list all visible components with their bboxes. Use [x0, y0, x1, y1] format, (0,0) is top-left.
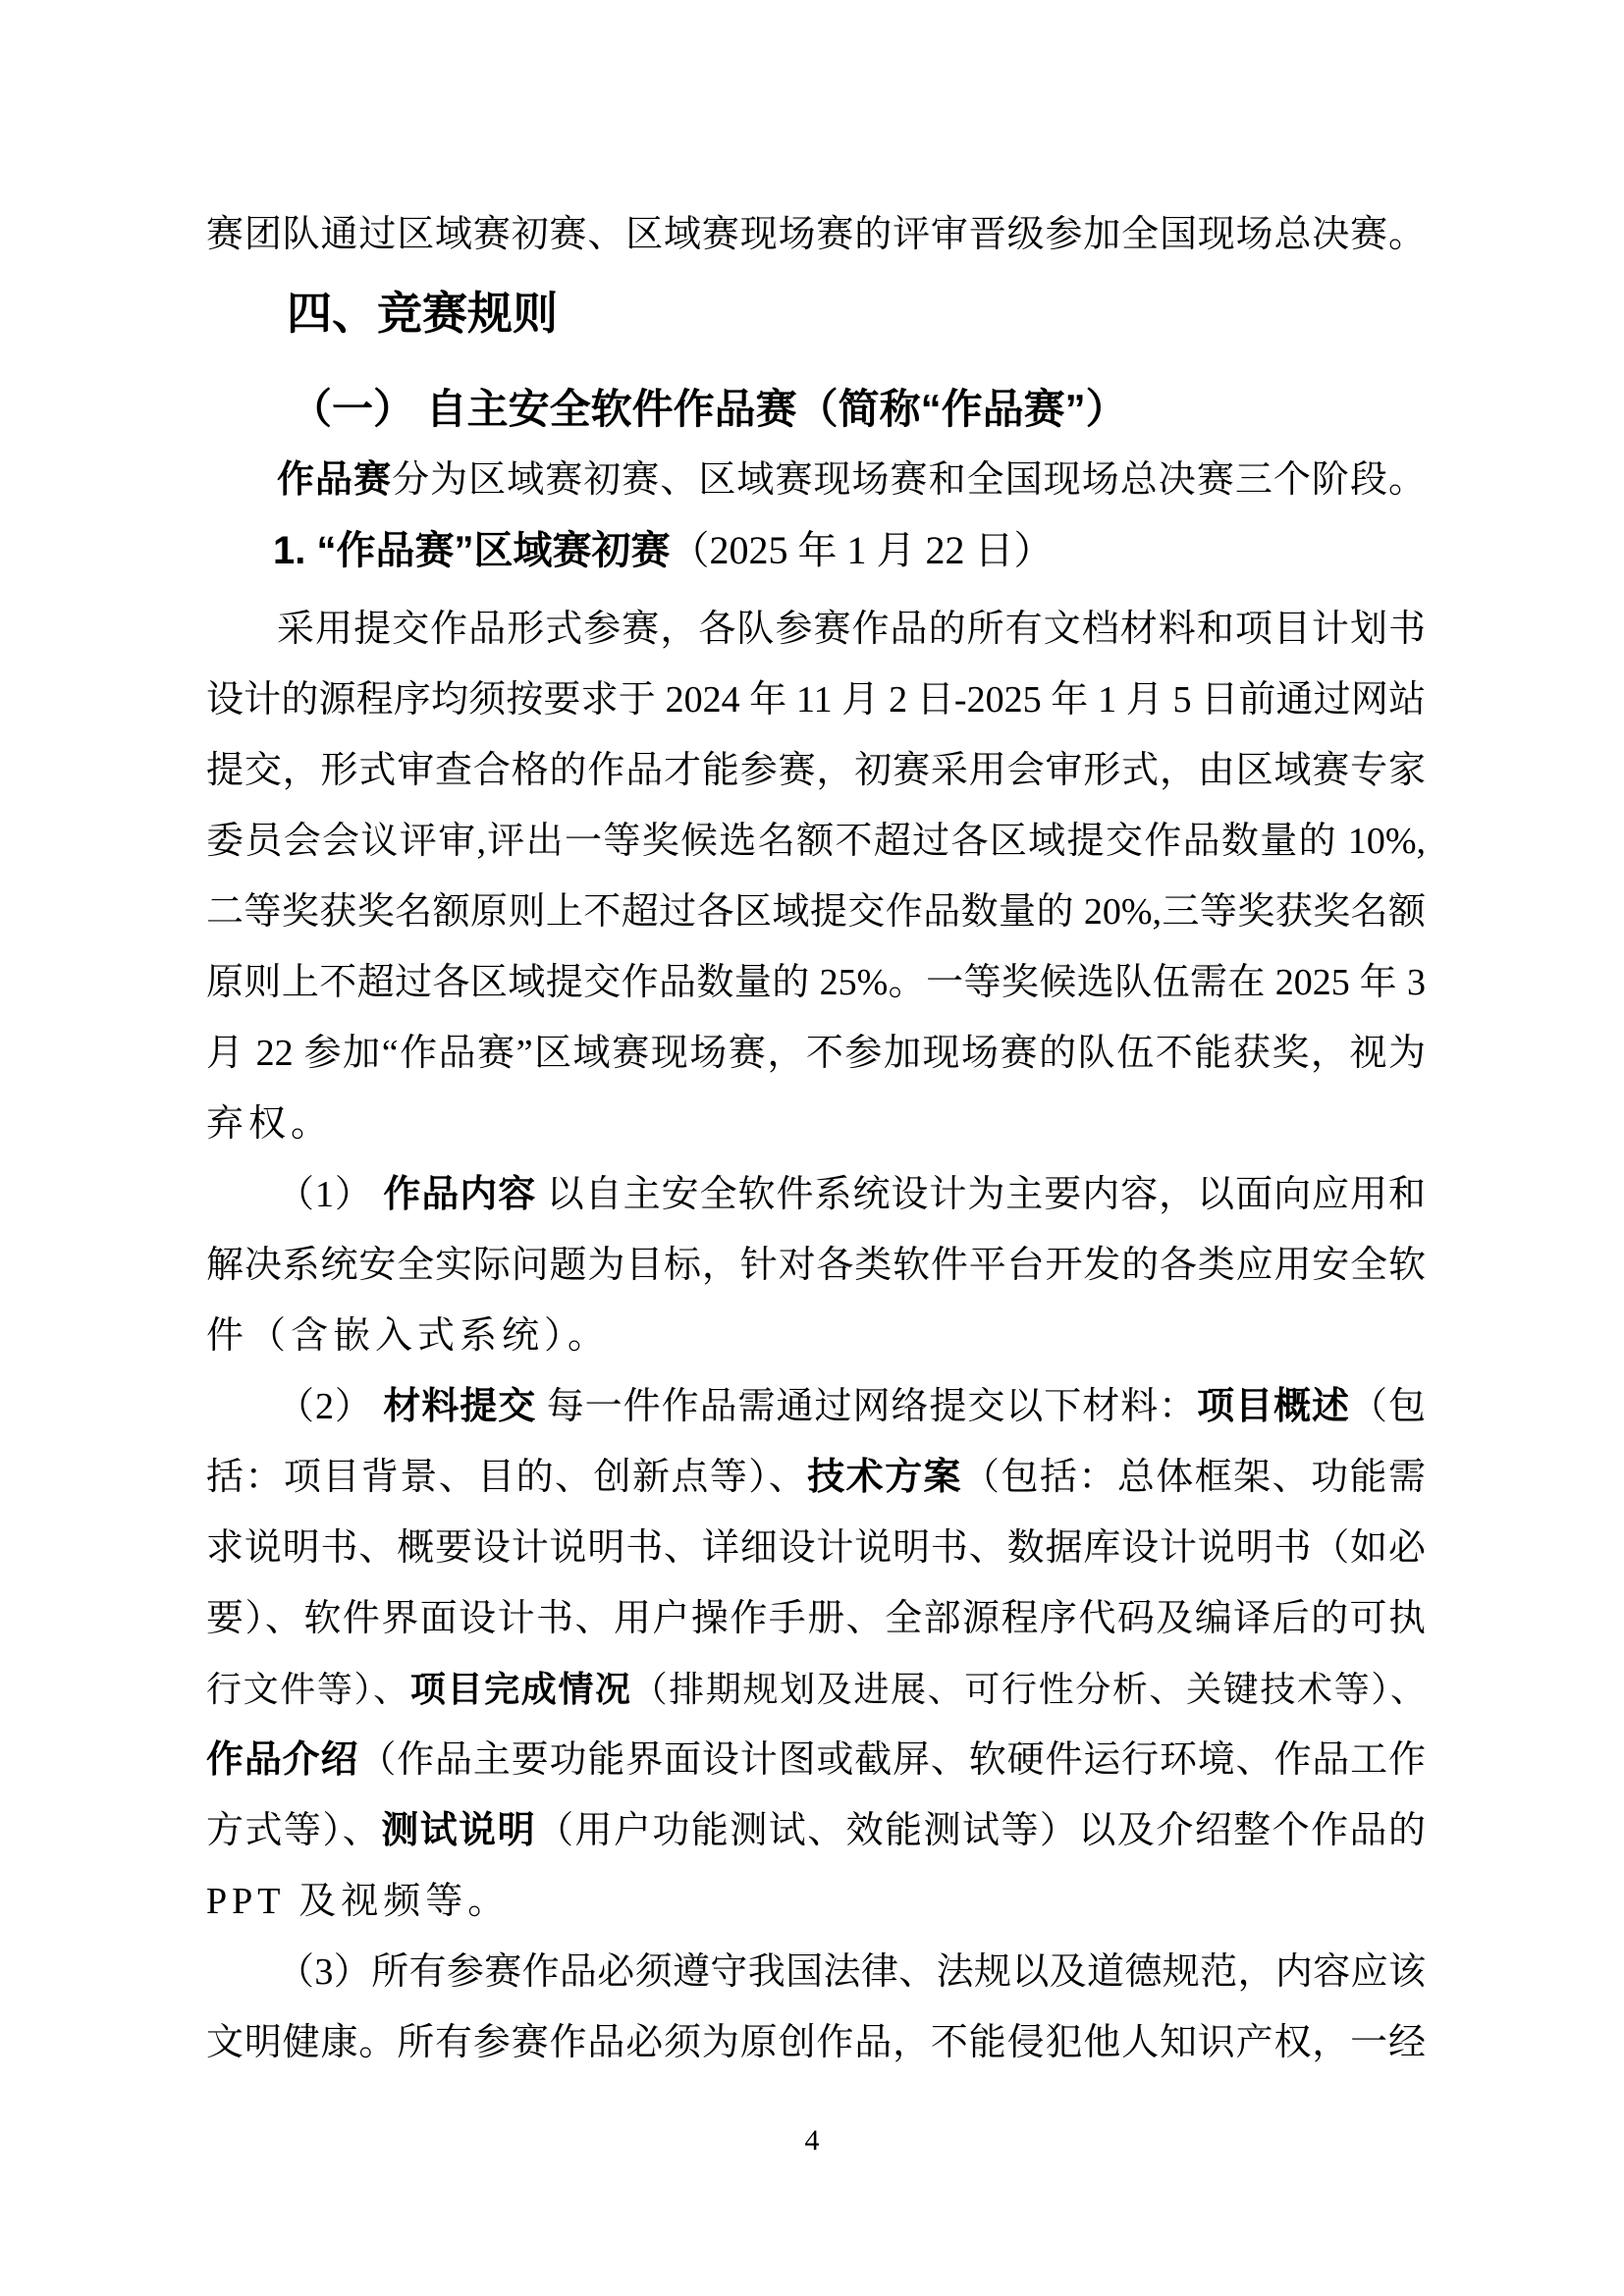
heading-text: （一） 自主安全软件作品赛（简称“作品赛”） — [291, 386, 1127, 432]
paragraph-line: （1） 作品内容 以自主安全软件系统设计为主要内容，以面向应用和 — [206, 1159, 1426, 1230]
paragraph-line: 设计的源程序均须按要求于 2024 年 11 月 2 日-2025 年 1 月 … — [206, 665, 1426, 735]
paragraph-line: 二等奖获奖名额原则上不超过各区域提交作品数量的 20%,三等奖获奖名额 — [206, 877, 1426, 947]
text-segment: 每一件作品需通过网络提交以下材料： — [536, 1386, 1197, 1427]
paragraph-line: 行文件等）、项目完成情况（排期规划及进展、可行性分析、关键技术等）、 — [206, 1654, 1426, 1725]
text-segment: 委员会会议评审,评出一等奖候选名额不超过各区域提交作品数量的 10%, — [206, 821, 1426, 862]
text-segment: 要）、软件界面设计书、用户操作手册、全部源程序代码及编译后的可执 — [206, 1598, 1426, 1639]
paragraph-line: PPT 及视频等。 — [206, 1866, 1426, 1937]
text-segment: 设计的源程序均须按要求于 2024 年 11 月 2 日-2025 年 1 月 … — [206, 679, 1426, 721]
heading-text: 四、竞赛规则 — [287, 288, 558, 339]
bold-term: 作品介绍 — [206, 1739, 358, 1781]
text-segment: （包 — [1350, 1386, 1426, 1427]
subsection-heading: （一） 自主安全软件作品赛（简称“作品赛”） — [206, 374, 1426, 445]
bold-term: 项目完成情况 — [410, 1669, 632, 1709]
text-segment: （排期规划及进展、可行性分析、关键技术等）、 — [632, 1670, 1426, 1709]
paragraph-line: 文明健康。所有参赛作品必须为原创作品，不能侵犯他人知识产权，一经 — [206, 2007, 1426, 2078]
item-heading: 1. “作品赛”区域赛初赛（2025 年 1 月 22 日） — [206, 515, 1426, 586]
text-segment: 采用提交作品形式参赛，各队参赛作品的所有文档材料和项目计划书 — [277, 609, 1426, 650]
text-segment: 二等奖获奖名额原则上不超过各区域提交作品数量的 20%,三等奖获奖名额 — [206, 891, 1426, 933]
bold-term: 材料提交 — [383, 1386, 536, 1427]
text-segment: 解决系统安全实际问题为目标，针对各类软件平台开发的各类应用安全软 — [206, 1245, 1426, 1286]
paragraph-line: 要）、软件界面设计书、用户操作手册、全部源程序代码及编译后的可执 — [206, 1583, 1426, 1654]
text-segment: 件（含嵌入式系统）。 — [206, 1315, 610, 1357]
heading-date: （2025 年 1 月 22 日） — [670, 528, 1053, 572]
paragraph-line: 提交，形式审查合格的作品才能参赛，初赛采用会审形式，由区域赛专家 — [206, 735, 1426, 806]
text-segment: 月 22 参加“作品赛”区域赛现场赛，不参加现场赛的队伍不能获奖，视为 — [206, 1033, 1426, 1074]
text-segment: （3）所有参赛作品必须遵守我国法律、法规以及道德规范，内容应该 — [277, 1951, 1426, 1993]
text-segment: 赛团队通过区域赛初赛、区域赛现场赛的评审晋级参加全国现场总决赛。 — [206, 214, 1426, 255]
bold-term: 项目概述 — [1197, 1386, 1350, 1427]
text-segment: 求说明书、概要设计说明书、详细设计说明书、数据库设计说明书（如必 — [206, 1527, 1426, 1569]
paragraph-line: 作品介绍（作品主要功能界面设计图或截屏、软硬件运行环境、作品工作 — [206, 1725, 1426, 1795]
page-number: 4 — [0, 2123, 1624, 2159]
paragraph-line: 月 22 参加“作品赛”区域赛现场赛，不参加现场赛的队伍不能获奖，视为 — [206, 1018, 1426, 1089]
paragraph-line: 弃权。 — [206, 1089, 1426, 1159]
text-segment: 行文件等）、 — [206, 1670, 410, 1709]
text-segment: 分为区域赛初赛、区域赛现场赛和全国现场总决赛三个阶段。 — [392, 459, 1426, 501]
heading-text: 1. “作品赛”区域赛初赛 — [273, 529, 670, 572]
paragraph-line: 采用提交作品形式参赛，各队参赛作品的所有文档材料和项目计划书 — [206, 594, 1426, 665]
bold-term: 作品内容 — [383, 1174, 536, 1215]
text-segment: 原则上不超过各区域提交作品数量的 25%。一等奖候选队伍需在 2025 年 3 — [206, 962, 1426, 1003]
text-segment: 以自主安全软件系统设计为主要内容，以面向应用和 — [536, 1174, 1426, 1215]
paragraph-line: 求说明书、概要设计说明书、详细设计说明书、数据库设计说明书（如必 — [206, 1513, 1426, 1583]
paragraph-line: 件（含嵌入式系统）。 — [206, 1301, 1426, 1371]
document-page: 赛团队通过区域赛初赛、区域赛现场赛的评审晋级参加全国现场总决赛。 四、竞赛规则 … — [0, 0, 1624, 2296]
bold-term: 测试说明 — [381, 1810, 536, 1851]
bold-term: 作品赛 — [277, 459, 392, 501]
text-segment: 方式等）、 — [206, 1810, 381, 1851]
paragraph-line: 作品赛分为区域赛初赛、区域赛现场赛和全国现场总决赛三个阶段。 — [206, 445, 1426, 515]
text-block: 赛团队通过区域赛初赛、区域赛现场赛的评审晋级参加全国现场总决赛。 四、竞赛规则 … — [206, 199, 1426, 2078]
text-segment: （用户功能测试、效能测试等）以及介绍整个作品的 — [536, 1810, 1426, 1851]
text-segment: 文明健康。所有参赛作品必须为原创作品，不能侵犯他人知识产权，一经 — [206, 2022, 1426, 2063]
paragraph-line: 解决系统安全实际问题为目标，针对各类软件平台开发的各类应用安全软 — [206, 1230, 1426, 1301]
text-segment: PPT 及视频等。 — [206, 1881, 510, 1922]
paragraph-line: 括：项目背景、目的、创新点等）、技术方案（包括：总体框架、功能需 — [206, 1442, 1426, 1513]
text-segment: 弃权。 — [206, 1103, 333, 1145]
paragraph-line: （2） 材料提交 每一件作品需通过网络提交以下材料：项目概述（包 — [206, 1371, 1426, 1442]
paragraph-line: 委员会会议评审,评出一等奖候选名额不超过各区域提交作品数量的 10%, — [206, 806, 1426, 877]
text-segment: 括：项目背景、目的、创新点等）、 — [206, 1457, 807, 1498]
text-segment: （包括：总体框架、功能需 — [962, 1457, 1426, 1498]
text-segment: （作品主要功能界面设计图或截屏、软硬件运行环境、作品工作 — [358, 1739, 1426, 1781]
text-segment: （1） — [277, 1174, 383, 1215]
bold-term: 技术方案 — [807, 1457, 962, 1498]
paragraph-line: （3）所有参赛作品必须遵守我国法律、法规以及道德规范，内容应该 — [206, 1937, 1426, 2007]
paragraph-line: 原则上不超过各区域提交作品数量的 25%。一等奖候选队伍需在 2025 年 3 — [206, 947, 1426, 1018]
paragraph-line: 赛团队通过区域赛初赛、区域赛现场赛的评审晋级参加全国现场总决赛。 — [206, 199, 1426, 270]
section-heading: 四、竞赛规则 — [206, 278, 1426, 348]
text-segment: （2） — [277, 1386, 383, 1427]
text-segment: 提交，形式审查合格的作品才能参赛，初赛采用会审形式，由区域赛专家 — [206, 750, 1426, 791]
paragraph-line: 方式等）、测试说明（用户功能测试、效能测试等）以及介绍整个作品的 — [206, 1795, 1426, 1866]
